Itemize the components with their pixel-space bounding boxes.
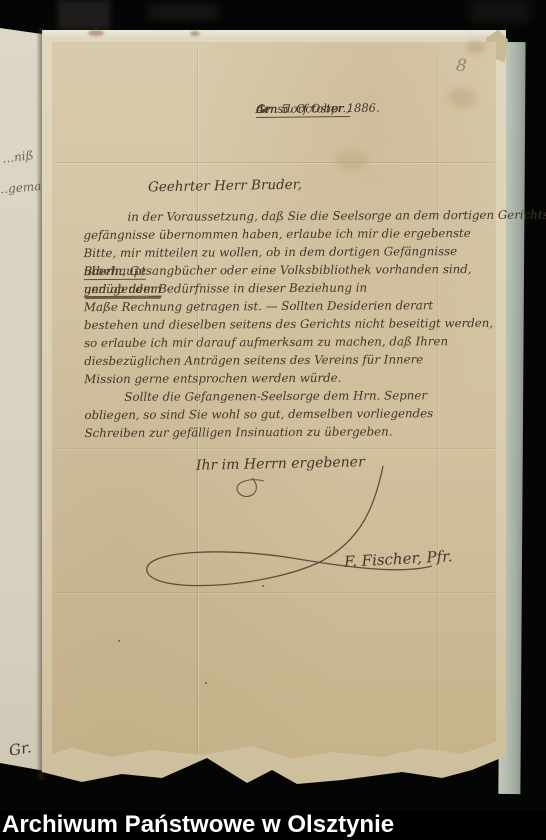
- letter-line: Mission gerne entsprochen werden würde.: [84, 370, 502, 390]
- letter-line: bestehen und dieselben seitens des Geric…: [84, 316, 502, 336]
- corner-note: Gr.: [8, 738, 33, 760]
- letter-line: obliegen, so sind Sie wohl so gut, demse…: [84, 406, 502, 426]
- salutation: Geehrter Herr Bruder,: [148, 177, 302, 196]
- letter-line: Maße Rechnung getragen ist. — Sollten De…: [84, 298, 502, 318]
- archive-scan: …niß …gemacht Gr. 8 Gr. Arnsdorf Ostpr.,…: [0, 0, 546, 840]
- letter-line: so erlaube ich mir darauf aufmerksam zu …: [84, 334, 502, 354]
- letter-text: so erlaube ich mir darauf aufmerksam zu …: [84, 334, 448, 350]
- letter-text: bestehen und dieselben seitens des Geric…: [84, 316, 493, 332]
- letter-text: Sollte die Gefangenen-Seelsorge dem Hrn.…: [124, 388, 427, 404]
- stain: [334, 150, 368, 170]
- archive-caption-bar: Archiwum Państwowe w Olsztynie: [0, 810, 546, 840]
- letter-line: Bitte, mir mitteilen zu wollen, ob in de…: [84, 244, 502, 264]
- letter-body: in der Voraussetzung, daß Sie die Seelso…: [83, 208, 502, 444]
- letter-text: obliegen, so sind Sie wohl so gut, demse…: [84, 406, 433, 422]
- ink-speck: [262, 585, 264, 587]
- underlined-word: genügendem: [84, 282, 162, 297]
- stain: [466, 40, 486, 54]
- letter-line: überhaupt Bibeln, Gesangbücher oder eine…: [84, 262, 502, 282]
- rust-stain: [190, 31, 200, 36]
- letter-line: gefängnisse übernommen haben, erlaube ic…: [83, 226, 501, 246]
- letter-line: Schreiben zur gefälligen Insinuation zu …: [85, 424, 503, 444]
- letter-text: Maße Rechnung getragen ist. — Sollten De…: [84, 298, 433, 314]
- dateline-date: den 5. October 1886.: [256, 101, 380, 116]
- letter-line: in der Voraussetzung, daß Sie die Seelso…: [83, 208, 501, 228]
- book-edge-smudge: [470, 0, 530, 22]
- page-top-edge: [44, 30, 496, 39]
- ink-speck: [118, 640, 120, 642]
- letter-text: gefängnisse übernommen haben, erlaube ic…: [83, 226, 470, 242]
- letter-line: und ob dem Bedürfnisse in dieser Beziehu…: [84, 280, 502, 300]
- letter-text: Schreiben zur gefälligen Insinuation zu …: [85, 424, 393, 440]
- fold-line: [54, 592, 494, 593]
- letter-text: Bitte, mir mitteilen zu wollen, ob in de…: [84, 244, 458, 260]
- letter-text: Mission gerne entsprochen werden würde.: [84, 371, 341, 386]
- adjacent-page-fragment: …niß: [1, 148, 34, 166]
- book-edge-smudge: [148, 4, 218, 20]
- ink-speck: [205, 682, 207, 684]
- fold-line: [54, 448, 494, 449]
- letter-line: Sollte die Gefangenen-Seelsorge dem Hrn.…: [84, 388, 502, 408]
- stain: [448, 88, 476, 108]
- fold-line: [54, 162, 494, 163]
- book-edge-smudge: [58, 0, 110, 30]
- archive-caption-label: Archiwum Państwowe w Olsztynie: [2, 811, 394, 839]
- letter-line: diesbezüglichen Anträgen seitens des Ver…: [84, 352, 502, 372]
- rust-stain: [88, 30, 104, 36]
- letter-text: diesbezüglichen Anträgen seitens des Ver…: [84, 352, 423, 368]
- letter-text: Bibeln, Gesangbücher oder eine Volksbibl…: [84, 262, 472, 278]
- page-number: 8: [455, 56, 467, 77]
- letter-text: in der Voraussetzung, daß Sie die Seelso…: [127, 208, 546, 224]
